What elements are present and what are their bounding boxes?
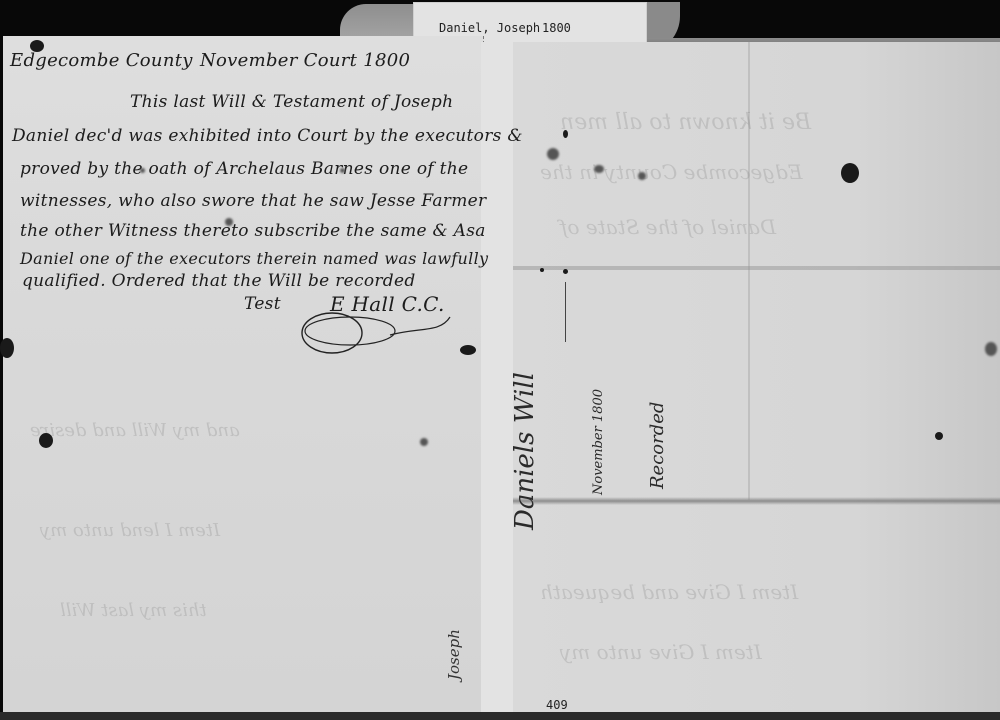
bleed-through-text: Daniel of the State of — [560, 215, 776, 239]
will-text-line-2: Daniel dec'd was exhibited into Court by… — [12, 126, 523, 146]
bleed-through-text: Item I Give and bequeath — [540, 580, 798, 604]
folder-label-year: 1800 — [542, 21, 571, 35]
ink-blot — [460, 345, 476, 355]
signature-flourish-icon — [280, 305, 460, 357]
ink-blot — [638, 172, 646, 180]
will-text-line-3: proved by the oath of Archelaus Barnes o… — [20, 159, 468, 179]
ink-blot — [540, 268, 544, 272]
ink-blot — [225, 218, 233, 226]
page-number: 409 — [546, 698, 568, 712]
bleed-through-text: Item I lend unto my — [40, 520, 220, 541]
ink-blot — [340, 168, 345, 173]
bleed-through-text: and my Will and desire — [30, 420, 240, 441]
ink-blot — [420, 438, 428, 446]
will-text-line-7: qualified. Ordered that the Will be reco… — [22, 271, 416, 291]
bleed-through-text: this my last Will — [60, 600, 207, 621]
bleed-through-text: Edgecombe County in the — [540, 160, 802, 184]
ink-blot — [140, 168, 145, 173]
ink-blot — [985, 342, 997, 356]
docket-title: Daniels Will — [510, 372, 540, 530]
ink-blot — [563, 269, 568, 274]
folder-label-name: Daniel, Joseph — [439, 21, 540, 35]
attest-label: Test — [244, 294, 281, 314]
fold-crease-upper — [513, 266, 1000, 270]
margin-note: Joseph — [445, 629, 463, 680]
ink-blot — [594, 165, 604, 173]
ink-blot — [39, 433, 53, 448]
ink-blot — [30, 40, 44, 52]
bleed-through-text: Item I Give unto my — [560, 640, 762, 664]
bleed-through-text: Be it known to all men — [560, 110, 811, 135]
will-text-line-4: witnesses, who also swore that he saw Je… — [20, 191, 486, 211]
heading-court-date: November Court 1800 — [200, 50, 410, 71]
docket-underline — [565, 282, 566, 342]
will-text-line-1: This last Will & Testament of Joseph — [130, 92, 453, 112]
docket-status: Recorded — [647, 402, 668, 489]
ink-blot — [935, 432, 943, 440]
fold-crease-lower — [513, 497, 1000, 505]
scanner-bottom-edge — [0, 712, 1000, 720]
ink-blot — [841, 163, 859, 183]
docket-date: November 1800 — [591, 389, 606, 495]
will-text-line-6: Daniel one of the executors therein name… — [20, 249, 488, 268]
will-text-line-5: the other Witness thereto subscribe the … — [20, 221, 486, 241]
ink-blot — [547, 148, 559, 160]
ink-blot — [563, 130, 568, 138]
ink-blot — [0, 338, 14, 358]
heading-county: Edgecombe County — [10, 50, 193, 71]
document-page-right — [513, 42, 1000, 714]
